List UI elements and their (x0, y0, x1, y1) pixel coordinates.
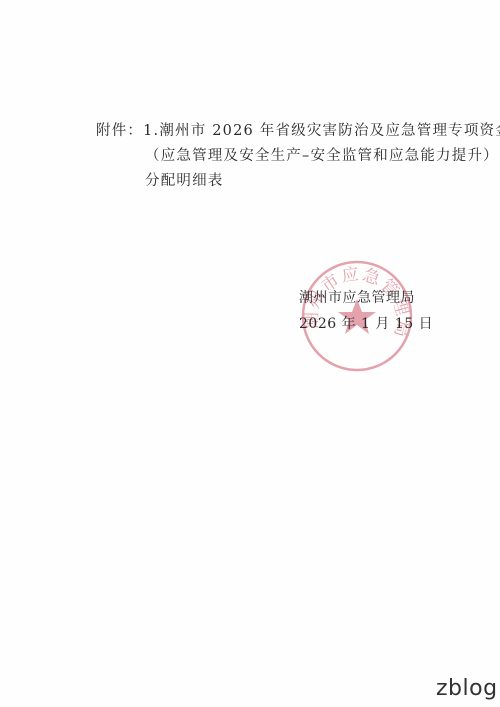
signature-organization: 潮州市应急管理局 (299, 287, 415, 307)
attachment-line-1: 附件：1.潮州市 2026 年省级灾害防治及应急管理专项资金 (96, 119, 500, 140)
attachment-line-2: （应急管理及安全生产–安全监管和应急能力提升） (145, 144, 499, 165)
watermark: zblog (436, 676, 498, 701)
attachment-line-3: 分配明细表 (145, 169, 224, 190)
signature-date: 2026 年 1 月 15 日 (299, 313, 433, 333)
